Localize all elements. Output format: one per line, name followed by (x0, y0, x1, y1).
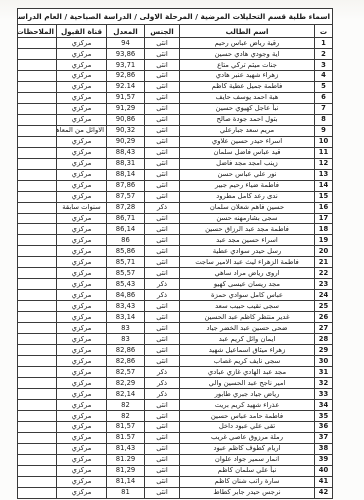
notes-cell (17, 158, 56, 169)
student-number-cell: 7 (315, 103, 333, 114)
admission-channel-cell: سنوات سابقة (57, 202, 107, 213)
notes-cell (17, 125, 56, 136)
student-number-cell: 10 (315, 136, 333, 147)
student-number-cell: 35 (315, 410, 333, 421)
gender-cell: انثى (145, 323, 180, 334)
admission-channel-cell: مركزي (57, 367, 107, 378)
student-name-cell: سجى بشارمهنه حسن (180, 213, 315, 224)
notes-cell (17, 312, 56, 323)
average-cell: 90,29 (107, 136, 145, 147)
table-row: 18 فاطمة مجد عبد الرزاق حسين انثى 86,14 … (17, 224, 332, 235)
notes-cell (17, 290, 56, 301)
average-cell: 81,57 (107, 421, 145, 432)
notes-cell (17, 38, 56, 49)
student-number-cell: 12 (315, 158, 333, 169)
table-row: 39 انمار سمير جواد علوان انثى 81.29 مركز… (17, 454, 332, 465)
average-cell: 87,28 (107, 202, 145, 213)
average-cell: 94 (107, 38, 145, 49)
gender-cell: انثى (145, 257, 180, 268)
admission-channel-cell: مركزي (57, 345, 107, 356)
gender-cell: ذكر (145, 367, 180, 378)
student-name-cell: اريام كطوف كاظم عبود (180, 443, 315, 454)
average-cell: 92,86 (107, 70, 145, 81)
admission-channel-cell: مركزي (57, 290, 107, 301)
student-name-cell: حسين فاهم شعلان سلمان (180, 202, 315, 213)
average-cell: 91,57 (107, 92, 145, 103)
admission-channel-cell: مركزي (57, 147, 107, 158)
student-name-cell: مجد عبد الهادي غازي عبادي (180, 367, 315, 378)
gender-cell: انثى (145, 334, 180, 345)
student-number-cell: 25 (315, 301, 333, 312)
table-row: 31 مجد عبد الهادي غازي عبادي ذكر 82,57 م… (17, 367, 332, 378)
table-row: 10 اسراء حيدر حسين علاوي انثى 90,29 مركز… (17, 136, 332, 147)
notes-cell (17, 48, 56, 59)
table-row: 35 فاطمة حامد عباس حسين انثى 82 مركزي (17, 410, 332, 421)
average-cell: 91,29 (107, 103, 145, 114)
admission-channel-cell: مركزي (57, 48, 107, 59)
student-name-cell: تقى علي عبود داخل (180, 421, 315, 432)
admission-channel-cell: مركزي (57, 38, 107, 49)
average-cell: 82,14 (107, 389, 145, 400)
table-row: 1 رقية رياض عباس رحيم انثى 94 مركزي (17, 38, 332, 49)
table-row: 30 سجى نايف كريم غصاب انثى 82,86 مركزي (17, 356, 332, 367)
admission-channel-cell: مركزي (57, 213, 107, 224)
average-cell: 87,57 (107, 191, 145, 202)
admission-channel-cell: مركزي (57, 59, 107, 70)
table-row: 12 زينب امجد مجد فاضل انثى 88,31 مركزي (17, 158, 332, 169)
student-name-cell: نرجس حيدر جابر كطاط (180, 487, 315, 498)
student-name-cell: زينب امجد مجد فاضل (180, 158, 315, 169)
student-name-cell: نبأ عاجل كهيوي حسين (180, 103, 315, 114)
table-row: 17 سجى بشارمهنه حسن انثى 86,71 مركزي (17, 213, 332, 224)
student-number-cell: 40 (315, 465, 333, 476)
admission-channel-cell: مركزي (57, 268, 107, 279)
student-name-cell: انمار سمير جواد علوان (180, 454, 315, 465)
student-name-cell: فاطمة حامد عباس حسين (180, 410, 315, 421)
student-name-cell: اروى رياض مراد ساهي (180, 268, 315, 279)
admission-channel-cell: مركزي (57, 279, 107, 290)
student-number-cell: 28 (315, 334, 333, 345)
student-number-cell: 29 (315, 345, 333, 356)
student-name-cell: اسراء حيدر حسين علاوي (180, 136, 315, 147)
table-row: 3 جنات ميثم تركي متاع انثى 93,71 مركزي (17, 59, 332, 70)
table-row: 9 مريم سعد جبارعلي انثى 90,32 الاوائل من… (17, 125, 332, 136)
table-row: 2 اية وجودي هادي حسين انثى 93,86 مركزي (17, 48, 332, 59)
average-cell: 88,31 (107, 158, 145, 169)
student-name-cell: رقية رياض عباس رحيم (180, 38, 315, 49)
admission-channel-cell: مركزي (57, 443, 107, 454)
student-name-cell: بتول احمد جودة صالح (180, 114, 315, 125)
student-name-cell: سجى نايف كريم غصاب (180, 356, 315, 367)
table-row: 11 قيد عباس فاضل سلمان انثى 88,43 مركزي (17, 147, 332, 158)
student-name-cell: رملة مرزوق عاصي غريب (180, 432, 315, 443)
gender-cell: انثى (145, 487, 180, 498)
student-number-cell: 2 (315, 48, 333, 59)
notes-cell (17, 301, 56, 312)
notes-cell (17, 103, 56, 114)
gender-cell: ذكر (145, 389, 180, 400)
student-number-cell: 15 (315, 191, 333, 202)
admission-channel-cell: مركزي (57, 487, 107, 498)
gender-cell: ذكر (145, 279, 180, 290)
notes-cell (17, 246, 56, 257)
student-number-cell: 32 (315, 378, 333, 389)
column-header-channel: قناة القبول (57, 25, 107, 38)
notes-cell (17, 487, 56, 498)
notes-cell (17, 202, 56, 213)
notes-cell (17, 367, 56, 378)
column-header-notes: الملاحظات (17, 25, 56, 38)
admission-channel-cell: مركزي (57, 158, 107, 169)
gender-cell: انثى (145, 81, 180, 92)
gender-cell: انثى (145, 399, 180, 410)
gender-cell: ذكر (145, 378, 180, 389)
student-number-cell: 1 (315, 38, 333, 49)
table-row: 23 مجد ريسان عيسى كهيو ذكر 85,43 مركزي (17, 279, 332, 290)
notes-cell (17, 334, 56, 345)
admission-channel-cell: مركزي (57, 92, 107, 103)
average-cell: 82 (107, 399, 145, 410)
gender-cell: انثى (145, 410, 180, 421)
student-number-cell: 34 (315, 399, 333, 410)
student-number-cell: 36 (315, 421, 333, 432)
table-body: 1 رقية رياض عباس رحيم انثى 94 مركزي 2 اي… (17, 38, 332, 499)
average-cell: 81.57 (107, 432, 145, 443)
student-number-cell: 5 (315, 81, 333, 92)
student-number-cell: 4 (315, 70, 333, 81)
student-name-cell: مريم سعد جبارعلي (180, 125, 315, 136)
admission-channel-cell: مركزي (57, 410, 107, 421)
admission-channel-cell: الاوائل من المعاهد (57, 125, 107, 136)
student-name-cell: عباس كامل سوادي حمزة (180, 290, 315, 301)
student-name-cell: رسل حيدر سوادي عطية (180, 246, 315, 257)
notes-cell (17, 323, 56, 334)
notes-cell (17, 191, 56, 202)
admission-channel-cell: مركزي (57, 70, 107, 81)
table-row: 33 رياض جياد جبري طابور ذكر 82,14 مركزي (17, 389, 332, 400)
average-cell: 88,14 (107, 169, 145, 180)
gender-cell: انثى (145, 191, 180, 202)
student-name-cell: زهراء شهيد عنبر هادي (180, 70, 315, 81)
student-name-cell: فاطمة مجد عبد الرزاق حسين (180, 224, 315, 235)
table-row: 6 هبة احمد يوسف حايف انثى 91,57 مركزي (17, 92, 332, 103)
table-row: 25 سجى نقيب حبيب سعد انثى 83,43 مركزي (17, 301, 332, 312)
admission-channel-cell: مركزي (57, 323, 107, 334)
student-name-cell: ندى رعد كامل مطرود (180, 191, 315, 202)
student-number-cell: 19 (315, 235, 333, 246)
student-number-cell: 37 (315, 432, 333, 443)
gender-cell: انثى (145, 147, 180, 158)
table-row: 4 زهراء شهيد عنبر هادي انثى 92,86 مركزي (17, 70, 332, 81)
student-number-cell: 27 (315, 323, 333, 334)
gender-cell: انثى (145, 224, 180, 235)
notes-cell (17, 114, 56, 125)
student-name-cell: اية وجودي هادي حسين (180, 48, 315, 59)
admission-channel-cell: مركزي (57, 454, 107, 465)
average-cell: 84,86 (107, 290, 145, 301)
notes-cell (17, 476, 56, 487)
notes-cell (17, 136, 56, 147)
gender-cell: انثى (145, 476, 180, 487)
notes-cell (17, 224, 56, 235)
table-row: 40 نبأ علي سلمان كاظم انثى 81,29 مركزي (17, 465, 332, 476)
student-name-cell: فاطمة جميل عطية كاظم (180, 81, 315, 92)
notes-cell (17, 147, 56, 158)
notes-cell (17, 399, 56, 410)
gender-cell: انثى (145, 136, 180, 147)
student-number-cell: 38 (315, 443, 333, 454)
notes-cell (17, 70, 56, 81)
average-cell: 82,86 (107, 356, 145, 367)
student-number-cell: 39 (315, 454, 333, 465)
student-number-cell: 33 (315, 389, 333, 400)
notes-cell (17, 235, 56, 246)
student-number-cell: 18 (315, 224, 333, 235)
average-cell: 83,14 (107, 312, 145, 323)
gender-cell: انثى (145, 92, 180, 103)
gender-cell: انثى (145, 268, 180, 279)
average-cell: 85,43 (107, 279, 145, 290)
gender-cell: انثى (145, 114, 180, 125)
table-row: 34 عذراء شهيد كريم بريت انثى 82 مركزي (17, 399, 332, 410)
table-row: 29 زهراء ميثاق اسماعيل شهيد انثى 82,86 م… (17, 345, 332, 356)
notes-cell (17, 389, 56, 400)
gender-cell: انثى (145, 103, 180, 114)
gender-cell: انثى (145, 345, 180, 356)
average-cell: 93,71 (107, 59, 145, 70)
student-name-cell: سارة راتب شنان كاظم (180, 476, 315, 487)
student-number-cell: 11 (315, 147, 333, 158)
student-name-cell: اسراء حسين مجد عبد (180, 235, 315, 246)
student-name-cell: جنات ميثم تركي متاع (180, 59, 315, 70)
student-name-cell: مجد ريسان عيسى كهيو (180, 279, 315, 290)
average-cell: 85,86 (107, 246, 145, 257)
average-cell: 85,57 (107, 268, 145, 279)
average-cell: 81,14 (107, 476, 145, 487)
notes-cell (17, 356, 56, 367)
student-number-cell: 42 (315, 487, 333, 498)
student-number-cell: 9 (315, 125, 333, 136)
student-number-cell: 31 (315, 367, 333, 378)
notes-cell (17, 345, 56, 356)
admission-channel-cell: مركزي (57, 421, 107, 432)
average-cell: 83 (107, 323, 145, 334)
student-number-cell: 14 (315, 180, 333, 191)
student-name-cell: نبأ علي سلمان كاظم (180, 465, 315, 476)
gender-cell: انثى (145, 454, 180, 465)
table-row: 38 اريام كطوف كاظم عبود انثى 81,43 مركزي (17, 443, 332, 454)
student-number-cell: 41 (315, 476, 333, 487)
student-roster-table: اسماء طلبة قسم التحليلات المرضية / المرح… (17, 8, 333, 499)
table-row: 20 رسل حيدر سوادي عطية انثى 85,86 مركزي (17, 246, 332, 257)
table-row: 15 ندى رعد كامل مطرود انثى 87,57 مركزي (17, 191, 332, 202)
notes-cell (17, 443, 56, 454)
student-number-cell: 22 (315, 268, 333, 279)
table-row: 32 امير ناجح عبد الحسين والي ذكر 82,29 م… (17, 378, 332, 389)
notes-cell (17, 432, 56, 443)
average-cell: 81,43 (107, 443, 145, 454)
gender-cell: انثى (145, 48, 180, 59)
admission-channel-cell: مركزي (57, 378, 107, 389)
student-number-cell: 24 (315, 290, 333, 301)
student-name-cell: غدير منتظر كاظم عبد الحسين (180, 312, 315, 323)
average-cell: 90,86 (107, 114, 145, 125)
average-cell: 82,29 (107, 378, 145, 389)
notes-cell (17, 378, 56, 389)
gender-cell: انثى (145, 432, 180, 443)
student-name-cell: نور علي عباس حسن (180, 169, 315, 180)
student-name-cell: عذراء شهيد كريم بريت (180, 399, 315, 410)
notes-cell (17, 465, 56, 476)
student-number-cell: 3 (315, 59, 333, 70)
table-row: 27 ضحى حسين عبد الخضر جياد انثى 83 مركزي (17, 323, 332, 334)
table-row: 28 ايمان وائل كريم عبد انثى 83 مركزي (17, 334, 332, 345)
table-row: 37 رملة مرزوق عاصي غريب انثى 81.57 مركزي (17, 432, 332, 443)
gender-cell: انثى (145, 158, 180, 169)
average-cell: 93,86 (107, 48, 145, 59)
table-row: 14 فاطمة ضياء رحيم جبير انثى 87,86 مركزي (17, 180, 332, 191)
student-name-cell: رياض جياد جبري طابور (180, 389, 315, 400)
gender-cell: انثى (145, 70, 180, 81)
student-name-cell: امير ناجح عبد الحسين والي (180, 378, 315, 389)
notes-cell (17, 279, 56, 290)
notes-cell (17, 213, 56, 224)
student-number-cell: 30 (315, 356, 333, 367)
gender-cell: انثى (145, 246, 180, 257)
table-row: 26 غدير منتظر كاظم عبد الحسين انثى 83,14… (17, 312, 332, 323)
table-row: 19 اسراء حسين مجد عبد انثى 86 مركزي (17, 235, 332, 246)
gender-cell: ذكر (145, 202, 180, 213)
gender-cell: انثى (145, 465, 180, 476)
title-row: اسماء طلبة قسم التحليلات المرضية / المرح… (17, 9, 332, 25)
average-cell: 86,71 (107, 213, 145, 224)
column-header-average: المعدل (107, 25, 145, 38)
student-number-cell: 13 (315, 169, 333, 180)
admission-channel-cell: مركزي (57, 169, 107, 180)
student-number-cell: 16 (315, 202, 333, 213)
admission-channel-cell: مركزي (57, 81, 107, 92)
student-name-cell: قيد عباس فاضل سلمان (180, 147, 315, 158)
table-row: 42 نرجس حيدر جابر كطاط انثى 81 مركزي (17, 487, 332, 498)
gender-cell: انثى (145, 169, 180, 180)
gender-cell: انثى (145, 125, 180, 136)
table-row: 36 تقى علي عبود داخل انثى 81,57 مركزي (17, 421, 332, 432)
admission-channel-cell: مركزي (57, 356, 107, 367)
average-cell: 82 (107, 410, 145, 421)
column-header-no: ت (315, 25, 333, 38)
student-name-cell: ايمان وائل كريم عبد (180, 334, 315, 345)
gender-cell: انثى (145, 443, 180, 454)
gender-cell: انثى (145, 235, 180, 246)
average-cell: 88,43 (107, 147, 145, 158)
admission-channel-cell: مركزي (57, 136, 107, 147)
average-cell: 81 (107, 487, 145, 498)
average-cell: 83,43 (107, 301, 145, 312)
notes-cell (17, 180, 56, 191)
notes-cell (17, 59, 56, 70)
student-name-cell: فاطمة الزهراء ليث عبد الامير ساجت (180, 257, 315, 268)
table-row: 8 بتول احمد جودة صالح انثى 90,86 مركزي (17, 114, 332, 125)
admission-channel-cell: مركزي (57, 301, 107, 312)
notes-cell (17, 410, 56, 421)
notes-cell (17, 92, 56, 103)
admission-channel-cell: مركزي (57, 334, 107, 345)
admission-channel-cell: مركزي (57, 389, 107, 400)
column-header-name: اسم الطالب (180, 25, 315, 38)
table-row: 21 فاطمة الزهراء ليث عبد الامير ساجت انث… (17, 257, 332, 268)
table-row: 24 عباس كامل سوادي حمزة ذكر 84,86 مركزي (17, 290, 332, 301)
student-number-cell: 20 (315, 246, 333, 257)
gender-cell: انثى (145, 59, 180, 70)
document-title: اسماء طلبة قسم التحليلات المرضية / المرح… (17, 9, 332, 25)
notes-cell (17, 81, 56, 92)
average-cell: 83 (107, 334, 145, 345)
student-name-cell: فاطمة ضياء رحيم جبير (180, 180, 315, 191)
admission-channel-cell: مركزي (57, 399, 107, 410)
student-number-cell: 6 (315, 92, 333, 103)
student-number-cell: 26 (315, 312, 333, 323)
admission-channel-cell: مركزي (57, 312, 107, 323)
average-cell: 92.14 (107, 81, 145, 92)
admission-channel-cell: مركزي (57, 103, 107, 114)
gender-cell: انثى (145, 213, 180, 224)
student-number-cell: 8 (315, 114, 333, 125)
table-row: 7 نبأ عاجل كهيوي حسين انثى 91,29 مركزي (17, 103, 332, 114)
gender-cell: ذكر (145, 290, 180, 301)
table-row: 22 اروى رياض مراد ساهي انثى 85,57 مركزي (17, 268, 332, 279)
admission-channel-cell: مركزي (57, 246, 107, 257)
average-cell: 82,57 (107, 367, 145, 378)
student-number-cell: 17 (315, 213, 333, 224)
notes-cell (17, 257, 56, 268)
student-number-cell: 21 (315, 257, 333, 268)
notes-cell (17, 169, 56, 180)
admission-channel-cell: مركزي (57, 432, 107, 443)
table-row: 16 حسين فاهم شعلان سلمان ذكر 87,28 سنوات… (17, 202, 332, 213)
admission-channel-cell: مركزي (57, 180, 107, 191)
header-row: ت اسم الطالب الجنس المعدل قناة القبول ال… (17, 25, 332, 38)
student-name-cell: ضحى حسين عبد الخضر جياد (180, 323, 315, 334)
gender-cell: انثى (145, 421, 180, 432)
notes-cell (17, 454, 56, 465)
average-cell: 87,86 (107, 180, 145, 191)
column-header-gender: الجنس (145, 25, 180, 38)
student-name-cell: زهراء ميثاق اسماعيل شهيد (180, 345, 315, 356)
notes-cell (17, 268, 56, 279)
admission-channel-cell: مركزي (57, 235, 107, 246)
gender-cell: انثى (145, 38, 180, 49)
student-name-cell: هبة احمد يوسف حايف (180, 92, 315, 103)
average-cell: 81,29 (107, 465, 145, 476)
student-number-cell: 23 (315, 279, 333, 290)
gender-cell: انثى (145, 312, 180, 323)
gender-cell: انثى (145, 180, 180, 191)
average-cell: 86,14 (107, 224, 145, 235)
student-name-cell: سجى نقيب حبيب سعد (180, 301, 315, 312)
admission-channel-cell: مركزي (57, 465, 107, 476)
table-row: 5 فاطمة جميل عطية كاظم انثى 92.14 مركزي (17, 81, 332, 92)
admission-channel-cell: مركزي (57, 191, 107, 202)
gender-cell: انثى (145, 356, 180, 367)
admission-channel-cell: مركزي (57, 224, 107, 235)
average-cell: 85,71 (107, 257, 145, 268)
admission-channel-cell: مركزي (57, 257, 107, 268)
table-row: 13 نور علي عباس حسن انثى 88,14 مركزي (17, 169, 332, 180)
admission-channel-cell: مركزي (57, 114, 107, 125)
scanned-document-page: اسماء طلبة قسم التحليلات المرضية / المرح… (0, 0, 364, 500)
average-cell: 82,86 (107, 345, 145, 356)
table-row: 41 سارة راتب شنان كاظم انثى 81,14 مركزي (17, 476, 332, 487)
